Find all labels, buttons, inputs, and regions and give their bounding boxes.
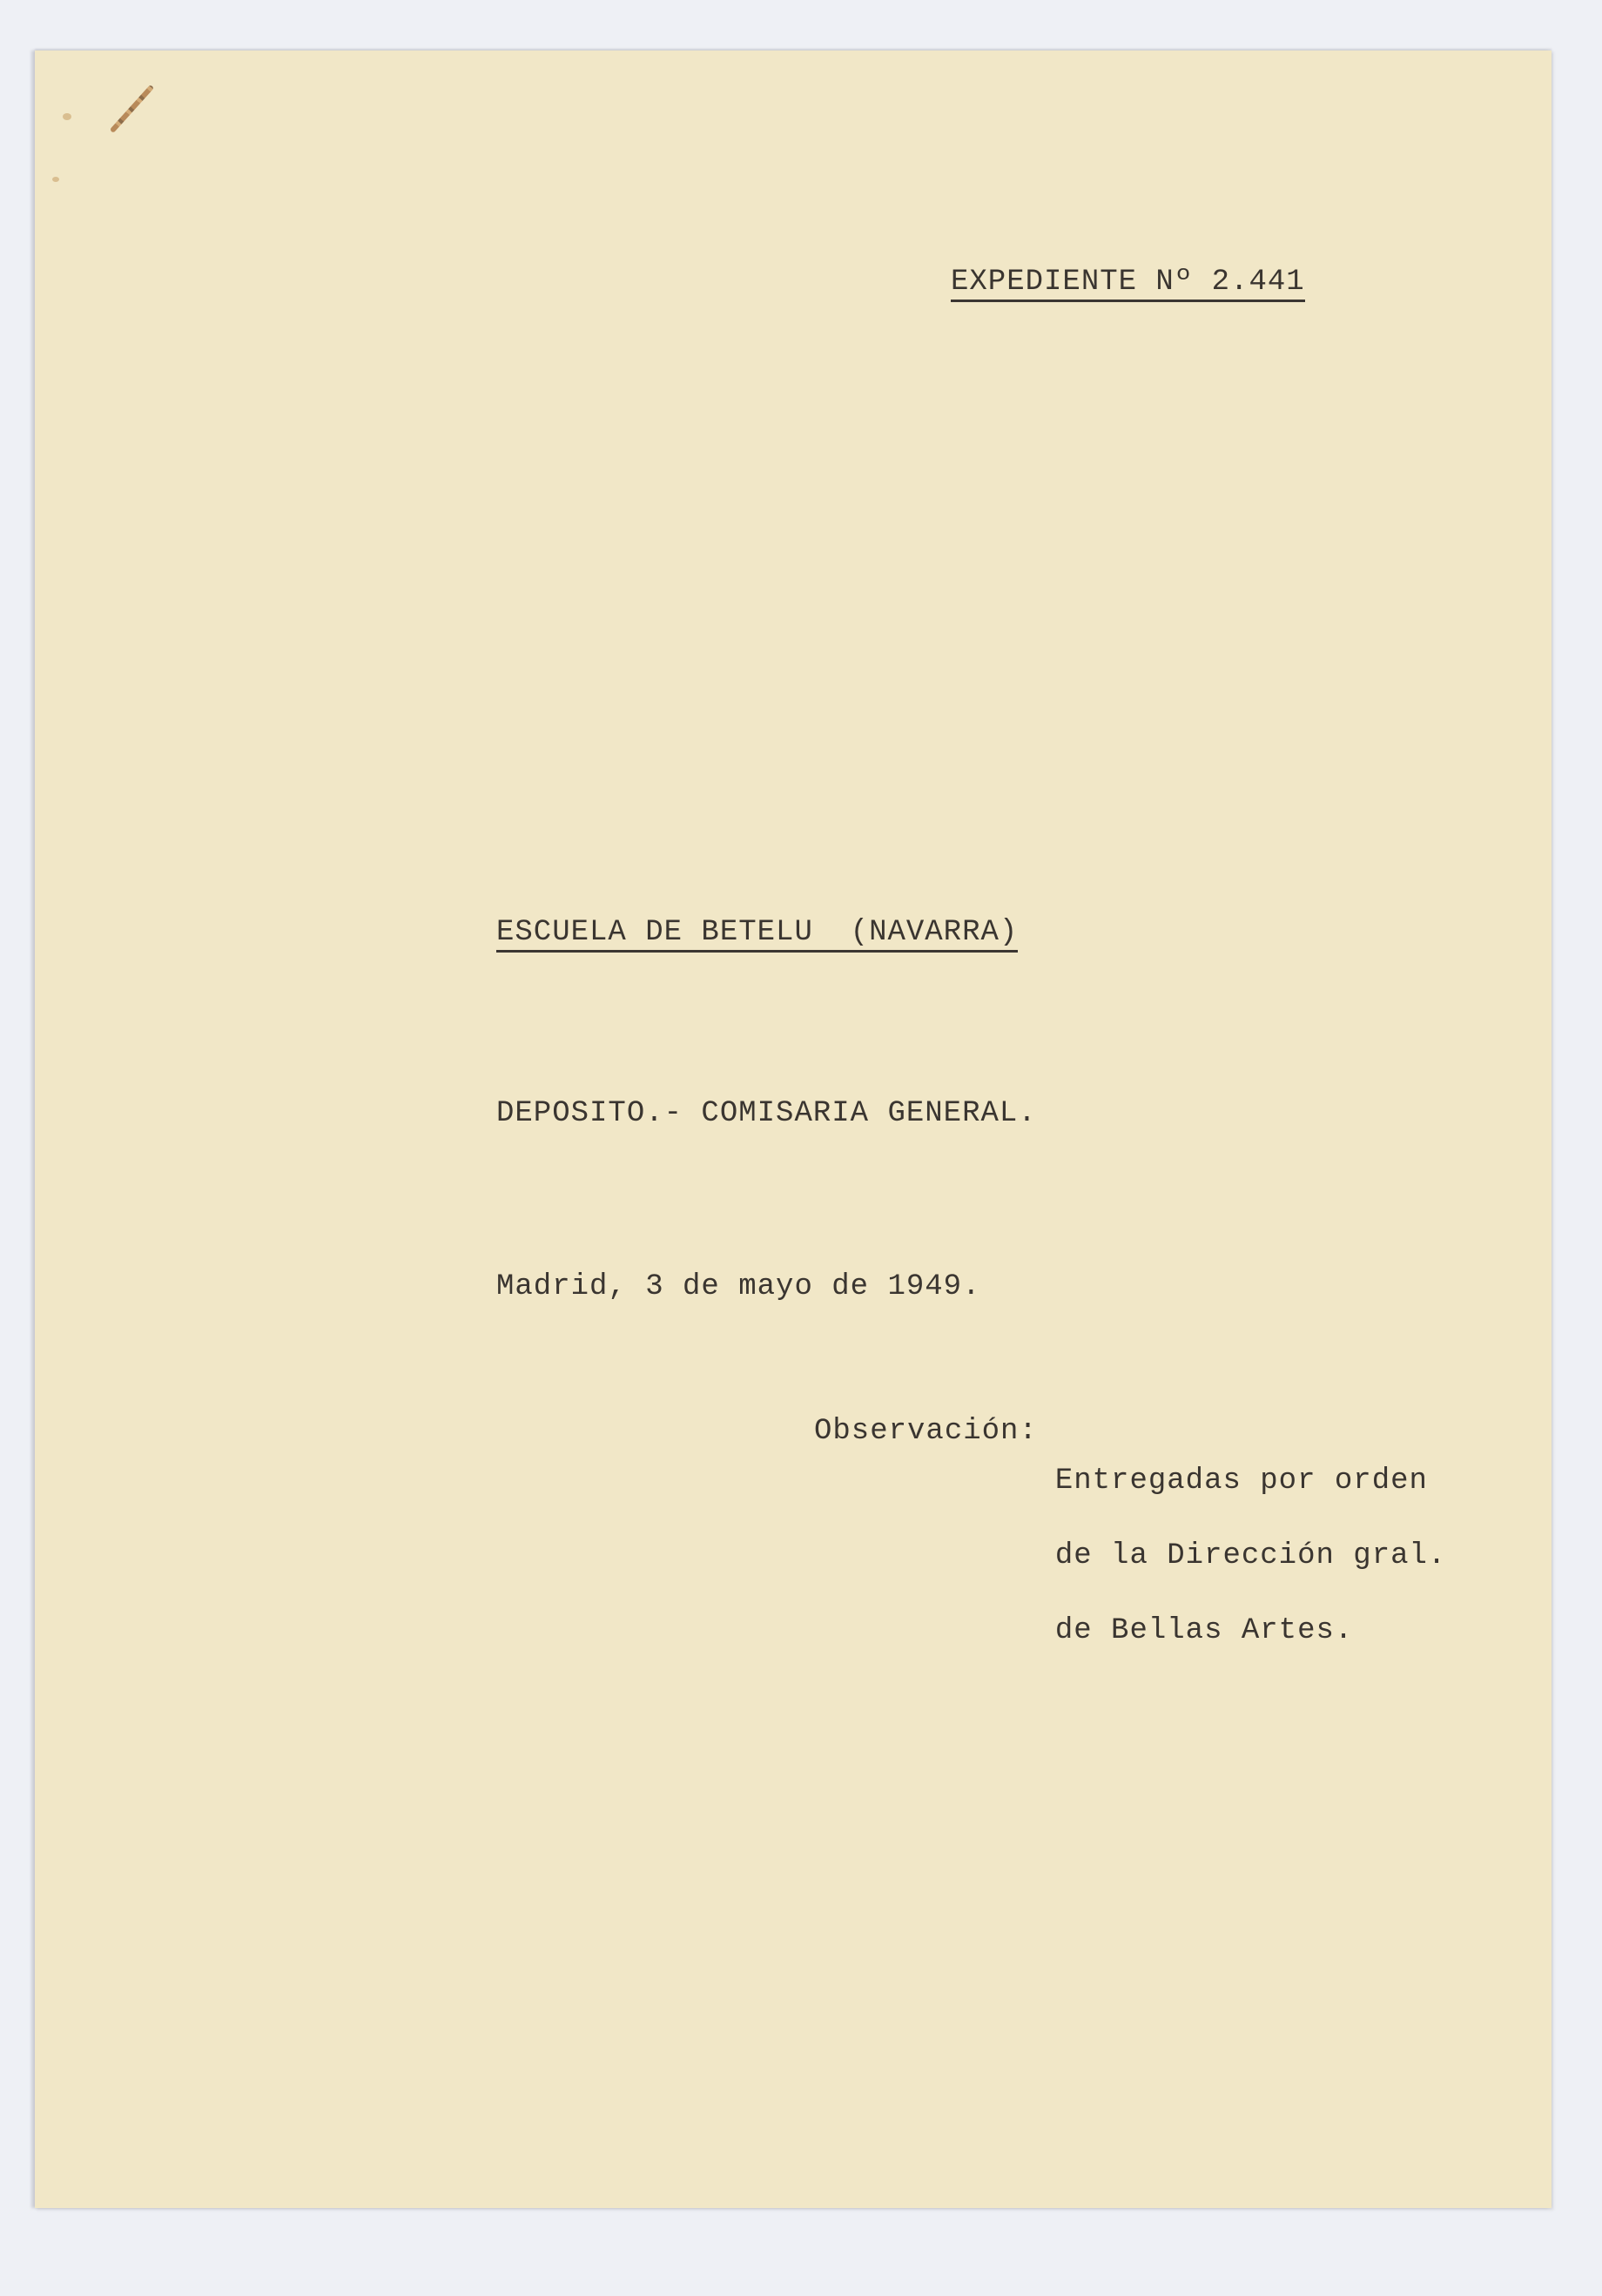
place-date-line: Madrid, 3 de mayo de 1949. — [496, 1275, 981, 1299]
stain-spot — [52, 177, 59, 182]
file-number-heading: EXPEDIENTE Nº 2.441 — [951, 270, 1305, 302]
observation-label: Observación: — [814, 1419, 1038, 1693]
observation-text: Entregadas por orden de la Dirección gra… — [1055, 1419, 1446, 1693]
document-title: ESCUELA DE BETELU (NAVARRA) — [496, 920, 1018, 953]
observation-line: Entregadas por orden — [1055, 1468, 1446, 1494]
observation-line: de Bellas Artes. — [1055, 1618, 1446, 1644]
rust-stain-mark — [110, 84, 154, 133]
stain-spot — [63, 113, 71, 120]
observation-block: Observación: Entregadas por orden de la … — [814, 1419, 1446, 1693]
deposit-line: DEPOSITO.- COMISARIA GENERAL. — [496, 1101, 1037, 1126]
observation-line: de la Dirección gral. — [1055, 1543, 1446, 1569]
